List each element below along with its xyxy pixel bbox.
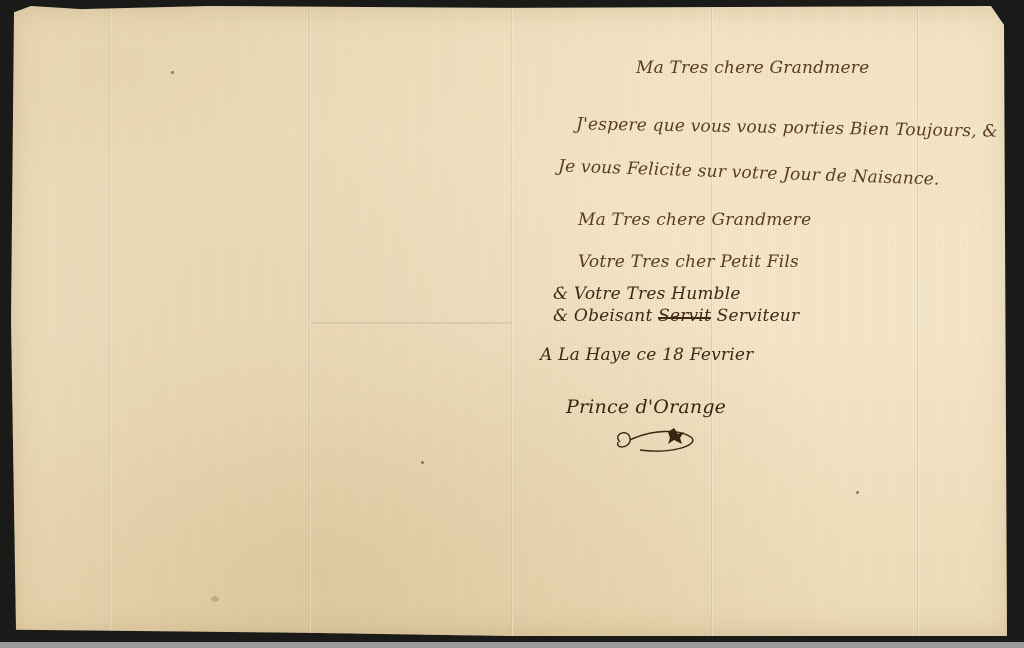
fold-line bbox=[917, 6, 919, 636]
paper-speck bbox=[421, 461, 424, 464]
fold-line bbox=[309, 6, 311, 636]
closing-text: & Obeisant bbox=[553, 306, 653, 326]
horizontal-crease bbox=[311, 322, 511, 325]
center-fold-line bbox=[511, 6, 513, 636]
paper-speck bbox=[171, 71, 174, 74]
dateline: A La Haye ce 18 Fevrier bbox=[540, 345, 753, 365]
closing-line: Votre Tres cher Petit Fils bbox=[578, 252, 799, 272]
scan-border bbox=[0, 642, 1024, 648]
signature: Prince d'Orange bbox=[566, 396, 726, 418]
closing-line: & Obeisant Servit Serviteur bbox=[553, 306, 799, 326]
closing-text: Serviteur bbox=[717, 306, 800, 326]
signature-flourish-icon bbox=[610, 420, 700, 460]
letter-sheet bbox=[11, 6, 1011, 636]
struck-out-word: Servit bbox=[658, 306, 711, 326]
paper-speck bbox=[856, 491, 859, 494]
closing-line: Ma Tres chere Grandmere bbox=[578, 210, 811, 230]
closing-line: & Votre Tres Humble bbox=[553, 284, 741, 304]
salutation: Ma Tres chere Grandmere bbox=[636, 58, 869, 78]
paper-stain bbox=[211, 596, 219, 602]
fold-line bbox=[109, 6, 111, 636]
